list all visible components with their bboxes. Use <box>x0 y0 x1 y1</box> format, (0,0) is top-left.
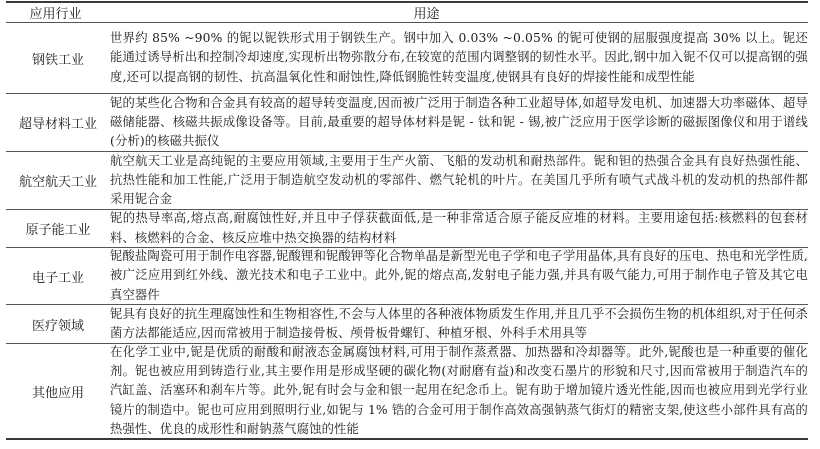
industry-cell: 超导材料工业 <box>6 113 110 132</box>
niobium-applications-table: 应用行业 用途 钢铁工业 世界约 85% ~90% 的铌以铌铁形式用于钢铁生产。… <box>6 1 808 440</box>
usage-cell: 铌的热导率高,熔点高,耐腐蚀性好,并且中子俘获截面低,是一种非常适合原子能反应堆… <box>110 209 808 247</box>
table-row-nuclear: 原子能工业 铌的热导率高,熔点高,耐腐蚀性好,并且中子俘获截面低,是一种非常适合… <box>6 210 808 247</box>
usage-cell: 在化学工业中,铌是优质的耐酸和耐液态金属腐蚀材料,可用于制作蒸煮器、加热器和冷却… <box>110 343 808 439</box>
table-header: 应用行业 用途 <box>6 3 808 22</box>
industry-cell: 其他应用 <box>6 382 110 401</box>
usage-cell: 铌酸盐陶瓷可用于制作电容器,铌酸锂和铌酸钾等化合物单晶是新型光电子学和电子学用晶… <box>110 247 808 305</box>
table-row-superconductor: 超导材料工业 铌的某些化合物和合金具有较高的超导转变温度,因而被广泛用于制造各种… <box>6 94 808 151</box>
industry-cell: 原子能工业 <box>6 219 110 238</box>
usage-cell: 铌具有良好的抗生理腐蚀性和生物相容性,不会与人体里的各种液体物质发生作用,并且几… <box>110 305 808 343</box>
usage-cell: 世界约 85% ~90% 的铌以铌铁形式用于钢铁生产。钢中加入 0.03% ~0… <box>110 29 808 87</box>
table-row-aerospace: 航空航天工业 航空航天工业是高纯铌的主要应用领域,主要用于生产火箭、飞船的发动机… <box>6 152 808 209</box>
table-row-electronics: 电子工业 铌酸盐陶瓷可用于制作电容器,铌酸锂和铌酸钾等化合物单晶是新型光电子学和… <box>6 248 808 304</box>
industry-cell: 电子工业 <box>6 267 110 286</box>
table-row-other: 其他应用 在化学工业中,铌是优质的耐酸和耐液态金属腐蚀材料,可用于制作蒸煮器、加… <box>6 344 808 438</box>
header-industry: 应用行业 <box>6 3 105 22</box>
usage-cell: 航空航天工业是高纯铌的主要应用领域,主要用于生产火箭、飞船的发动机和耐热部件。铌… <box>110 152 808 210</box>
table-row-steel: 钢铁工业 世界约 85% ~90% 的铌以铌铁形式用于钢铁生产。钢中加入 0.0… <box>6 23 808 93</box>
industry-cell: 医疗领域 <box>6 315 110 334</box>
table-row-medical: 医疗领域 铌具有良好的抗生理腐蚀性和生物相容性,不会与人体里的各种液体物质发生作… <box>6 305 808 343</box>
industry-cell: 钢铁工业 <box>6 49 110 68</box>
usage-cell: 铌的某些化合物和合金具有较高的超导转变温度,因而被广泛用于制造各种工业超导体,如… <box>110 94 808 152</box>
industry-cell: 航空航天工业 <box>6 171 110 190</box>
header-usage: 用途 <box>105 3 808 22</box>
